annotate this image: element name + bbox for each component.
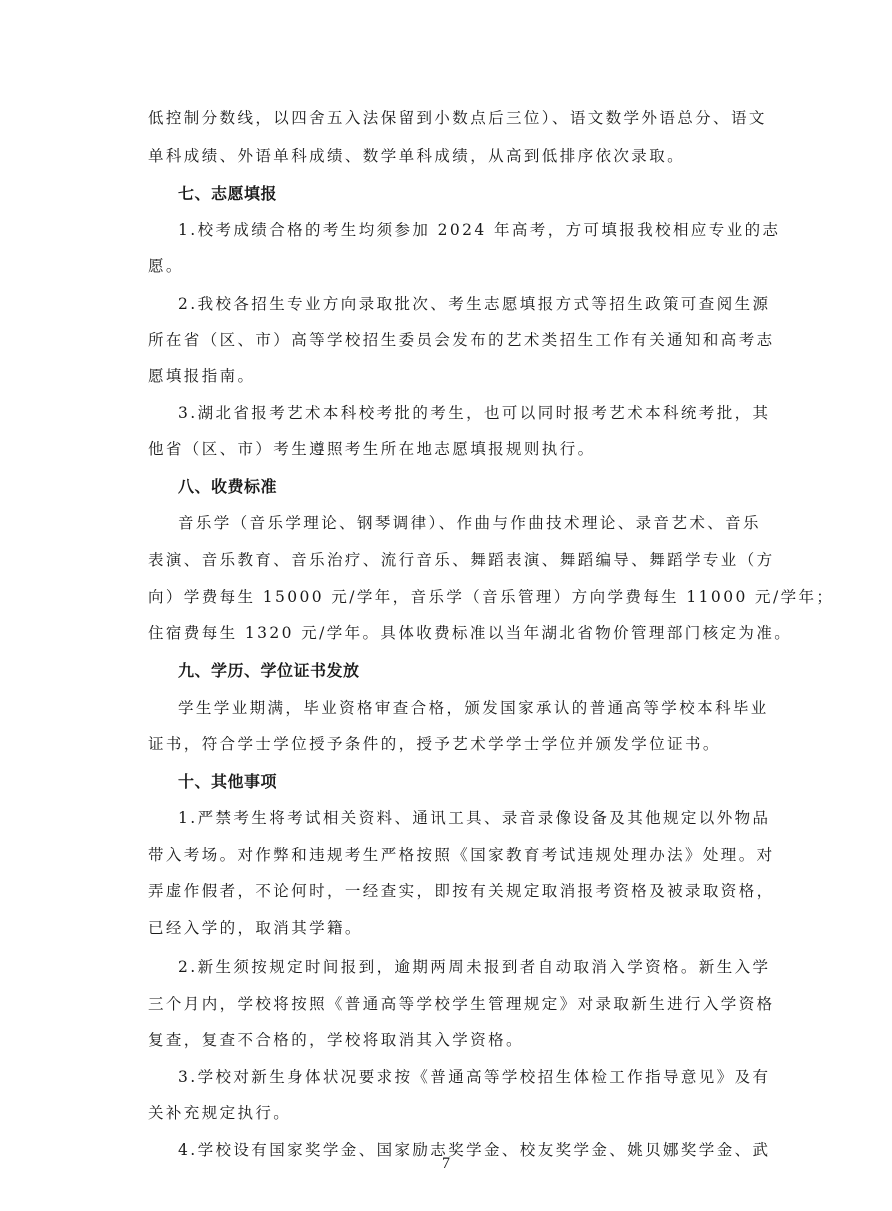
paragraph-line: 证书，符合学士学位授予条件的，授予艺术学学士学位并颁发学位证书。 [148, 734, 721, 754]
paragraph-line: 单科成绩、外语单科成绩、数学单科成绩，从高到低排序依次录取。 [148, 146, 685, 166]
paragraph-line: 学生学业期满，毕业资格审查合格，颁发国家承认的普通高等学校本科毕业 [178, 698, 769, 718]
paragraph-line: 复查，复查不合格的，学校将取消其入学资格。 [148, 1030, 524, 1050]
paragraph-line: 愿填报指南。 [148, 366, 255, 386]
section-heading: 十、其他事项 [178, 772, 277, 792]
paragraph-line: 带入考场。对作弊和违规考生严格按照《国家教育考试违规处理办法》处理。对 [148, 845, 775, 865]
paragraph-line: 关补充规定执行。 [148, 1103, 291, 1123]
paragraph-line: 他省（区、市）考生遵照考生所在地志愿填报规则执行。 [148, 439, 596, 459]
paragraph-line: 三个月内，学校将按照《普通高等学校学生管理规定》对录取新生进行入学资格 [148, 994, 775, 1014]
paragraph-line: 1.严禁考生将考试相关资料、通讯工具、录音录像设备及其他规定以外物品 [178, 808, 770, 828]
paragraph-line: 音乐学（音乐学理论、钢琴调律）、作曲与作曲技术理论、录音艺术、音乐 [178, 513, 761, 533]
paragraph-line: 所在省（区、市）高等学校招生委员会发布的艺术类招生工作有关通知和高考志 [148, 330, 775, 350]
paragraph-line: 愿。 [148, 256, 184, 276]
paragraph-line: 3.学校对新生身体状况要求按《普通高等学校招生体检工作指导意见》及有 [178, 1067, 770, 1087]
paragraph-line: 2.新生须按规定时间报到，逾期两周未报到者自动取消入学资格。新生入学 [178, 957, 770, 977]
paragraph-line: 2.我校各招生专业方向录取批次、考生志愿填报方式等招生政策可查阅生源 [178, 294, 770, 314]
paragraph-line: 低控制分数线，以四舍五入法保留到小数点后三位）、语文数学外语总分、语文 [148, 108, 767, 128]
paragraph-line: 已经入学的，取消其学籍。 [148, 918, 363, 938]
paragraph-line: 弄虚作假者，不论何时，一经查实，即按有关规定取消报考资格及被录取资格， [148, 881, 775, 901]
section-heading: 九、学历、学位证书发放 [178, 661, 360, 681]
page-number: 7 [0, 1155, 892, 1173]
section-heading: 七、志愿填报 [178, 184, 277, 204]
section-heading: 八、收费标准 [178, 477, 277, 497]
paragraph-line: 表演、音乐教育、音乐治疗、流行音乐、舞蹈表演、舞蹈编导、舞蹈学专业（方 [148, 550, 775, 570]
paragraph-line: 3.湖北省报考艺术本科校考批的考生，也可以同时报考艺术本科统考批，其 [178, 403, 770, 423]
paragraph-line: 住宿费每生 1320 元/学年。具体收费标准以当年湖北省物价管理部门核定为准。 [148, 623, 792, 643]
paragraph-line: 向）学费每生 15000 元/学年，音乐学（音乐管理）方向学费每生 11000 … [148, 587, 834, 607]
paragraph-line: 1.校考成绩合格的考生均须参加 2024 年高考，方可填报我校相应专业的志 [178, 220, 780, 240]
